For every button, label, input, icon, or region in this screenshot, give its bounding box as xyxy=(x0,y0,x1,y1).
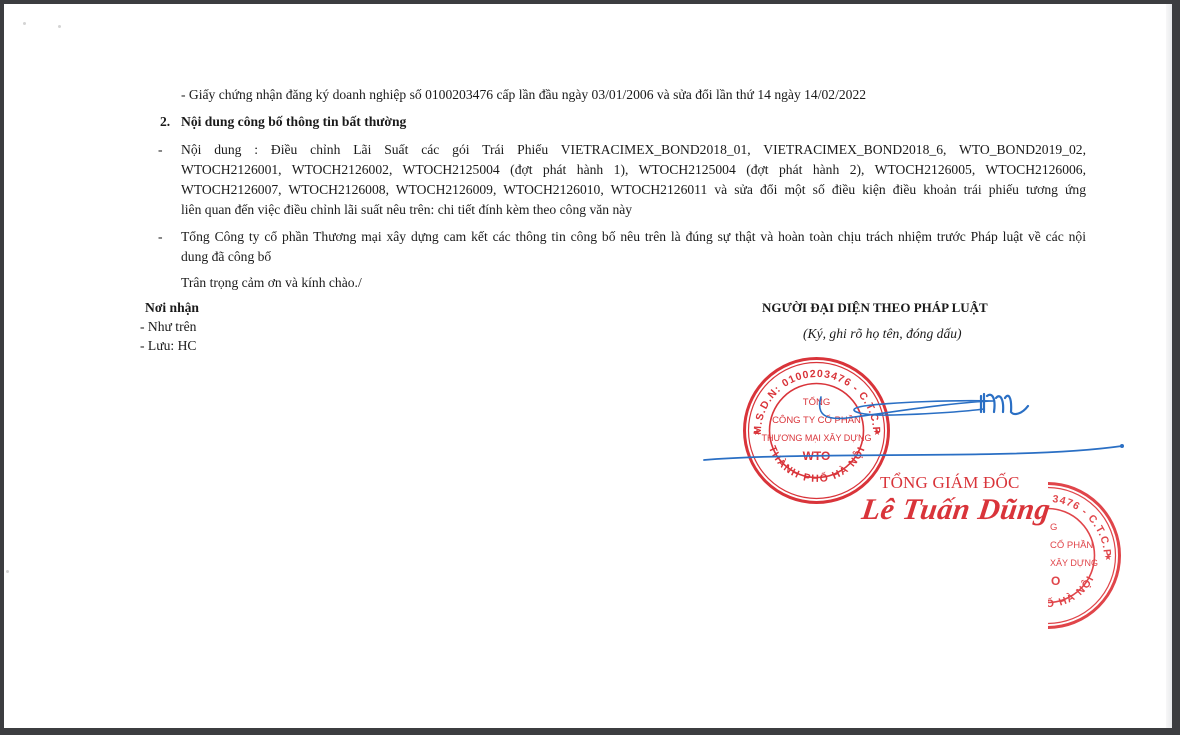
bullet-dash: - xyxy=(158,142,163,158)
section-title: Nội dung công bố thông tin bất thường xyxy=(181,114,406,130)
closing-line: Trân trọng cảm ơn và kính chào./ xyxy=(181,275,362,291)
page-edge-shadow xyxy=(1166,4,1172,728)
recipient-item: - Lưu: HC xyxy=(140,338,196,354)
partial-seal-inner-line: CỔ PHẦN xyxy=(1050,539,1093,551)
scan-artifact xyxy=(58,25,61,28)
partial-seal-inner-line: G xyxy=(1050,522,1057,533)
registration-line: - Giấy chứng nhận đăng ký doanh nghiệp s… xyxy=(181,87,866,103)
partial-company-seal-icon: 3476 - C.T.C.P Ố HÀ NỘI ★ G CỔ PHẦN XÂY … xyxy=(970,478,1130,633)
signature-block-title: NGƯỜI ĐẠI DIỆN THEO PHÁP LUẬT xyxy=(762,300,988,316)
scan-artifact xyxy=(6,570,9,573)
bullet-1-line-3: WTOCH2126007, WTOCH2126008, WTOCH2126009… xyxy=(181,182,1086,198)
scan-artifact xyxy=(23,22,26,25)
bullet-2-line-1: Tổng Công ty cổ phần Thương mại xây dựng… xyxy=(181,229,1086,245)
partial-seal-star: ★ xyxy=(1104,553,1112,563)
bullet-dash: - xyxy=(158,229,163,245)
document-page: - Giấy chứng nhận đăng ký doanh nghiệp s… xyxy=(4,4,1172,728)
bullet-1-line-4: liên quan đến việc điều chỉnh lãi suất n… xyxy=(181,202,632,218)
signature-block-subtitle: (Ký, ghi rõ họ tên, đóng dấu) xyxy=(803,326,962,342)
bullet-1-line-1: Nội dung : Điều chỉnh Lãi Suất các gói T… xyxy=(181,142,1086,158)
bullet-1-line-2: WTOCH2126001, WTOCH2126002, WTOCH2125004… xyxy=(181,162,1086,178)
section-number: 2. xyxy=(160,114,170,130)
partial-seal-center-text: O xyxy=(1051,574,1060,588)
bullet-2-line-2: dung đã công bố xyxy=(181,249,271,265)
partial-seal-inner-line: XÂY DỰNG xyxy=(1050,558,1098,568)
recipients-title: Nơi nhận xyxy=(145,300,199,316)
recipient-item: - Như trên xyxy=(140,319,196,335)
signature-scribble-icon xyxy=(694,384,1164,474)
